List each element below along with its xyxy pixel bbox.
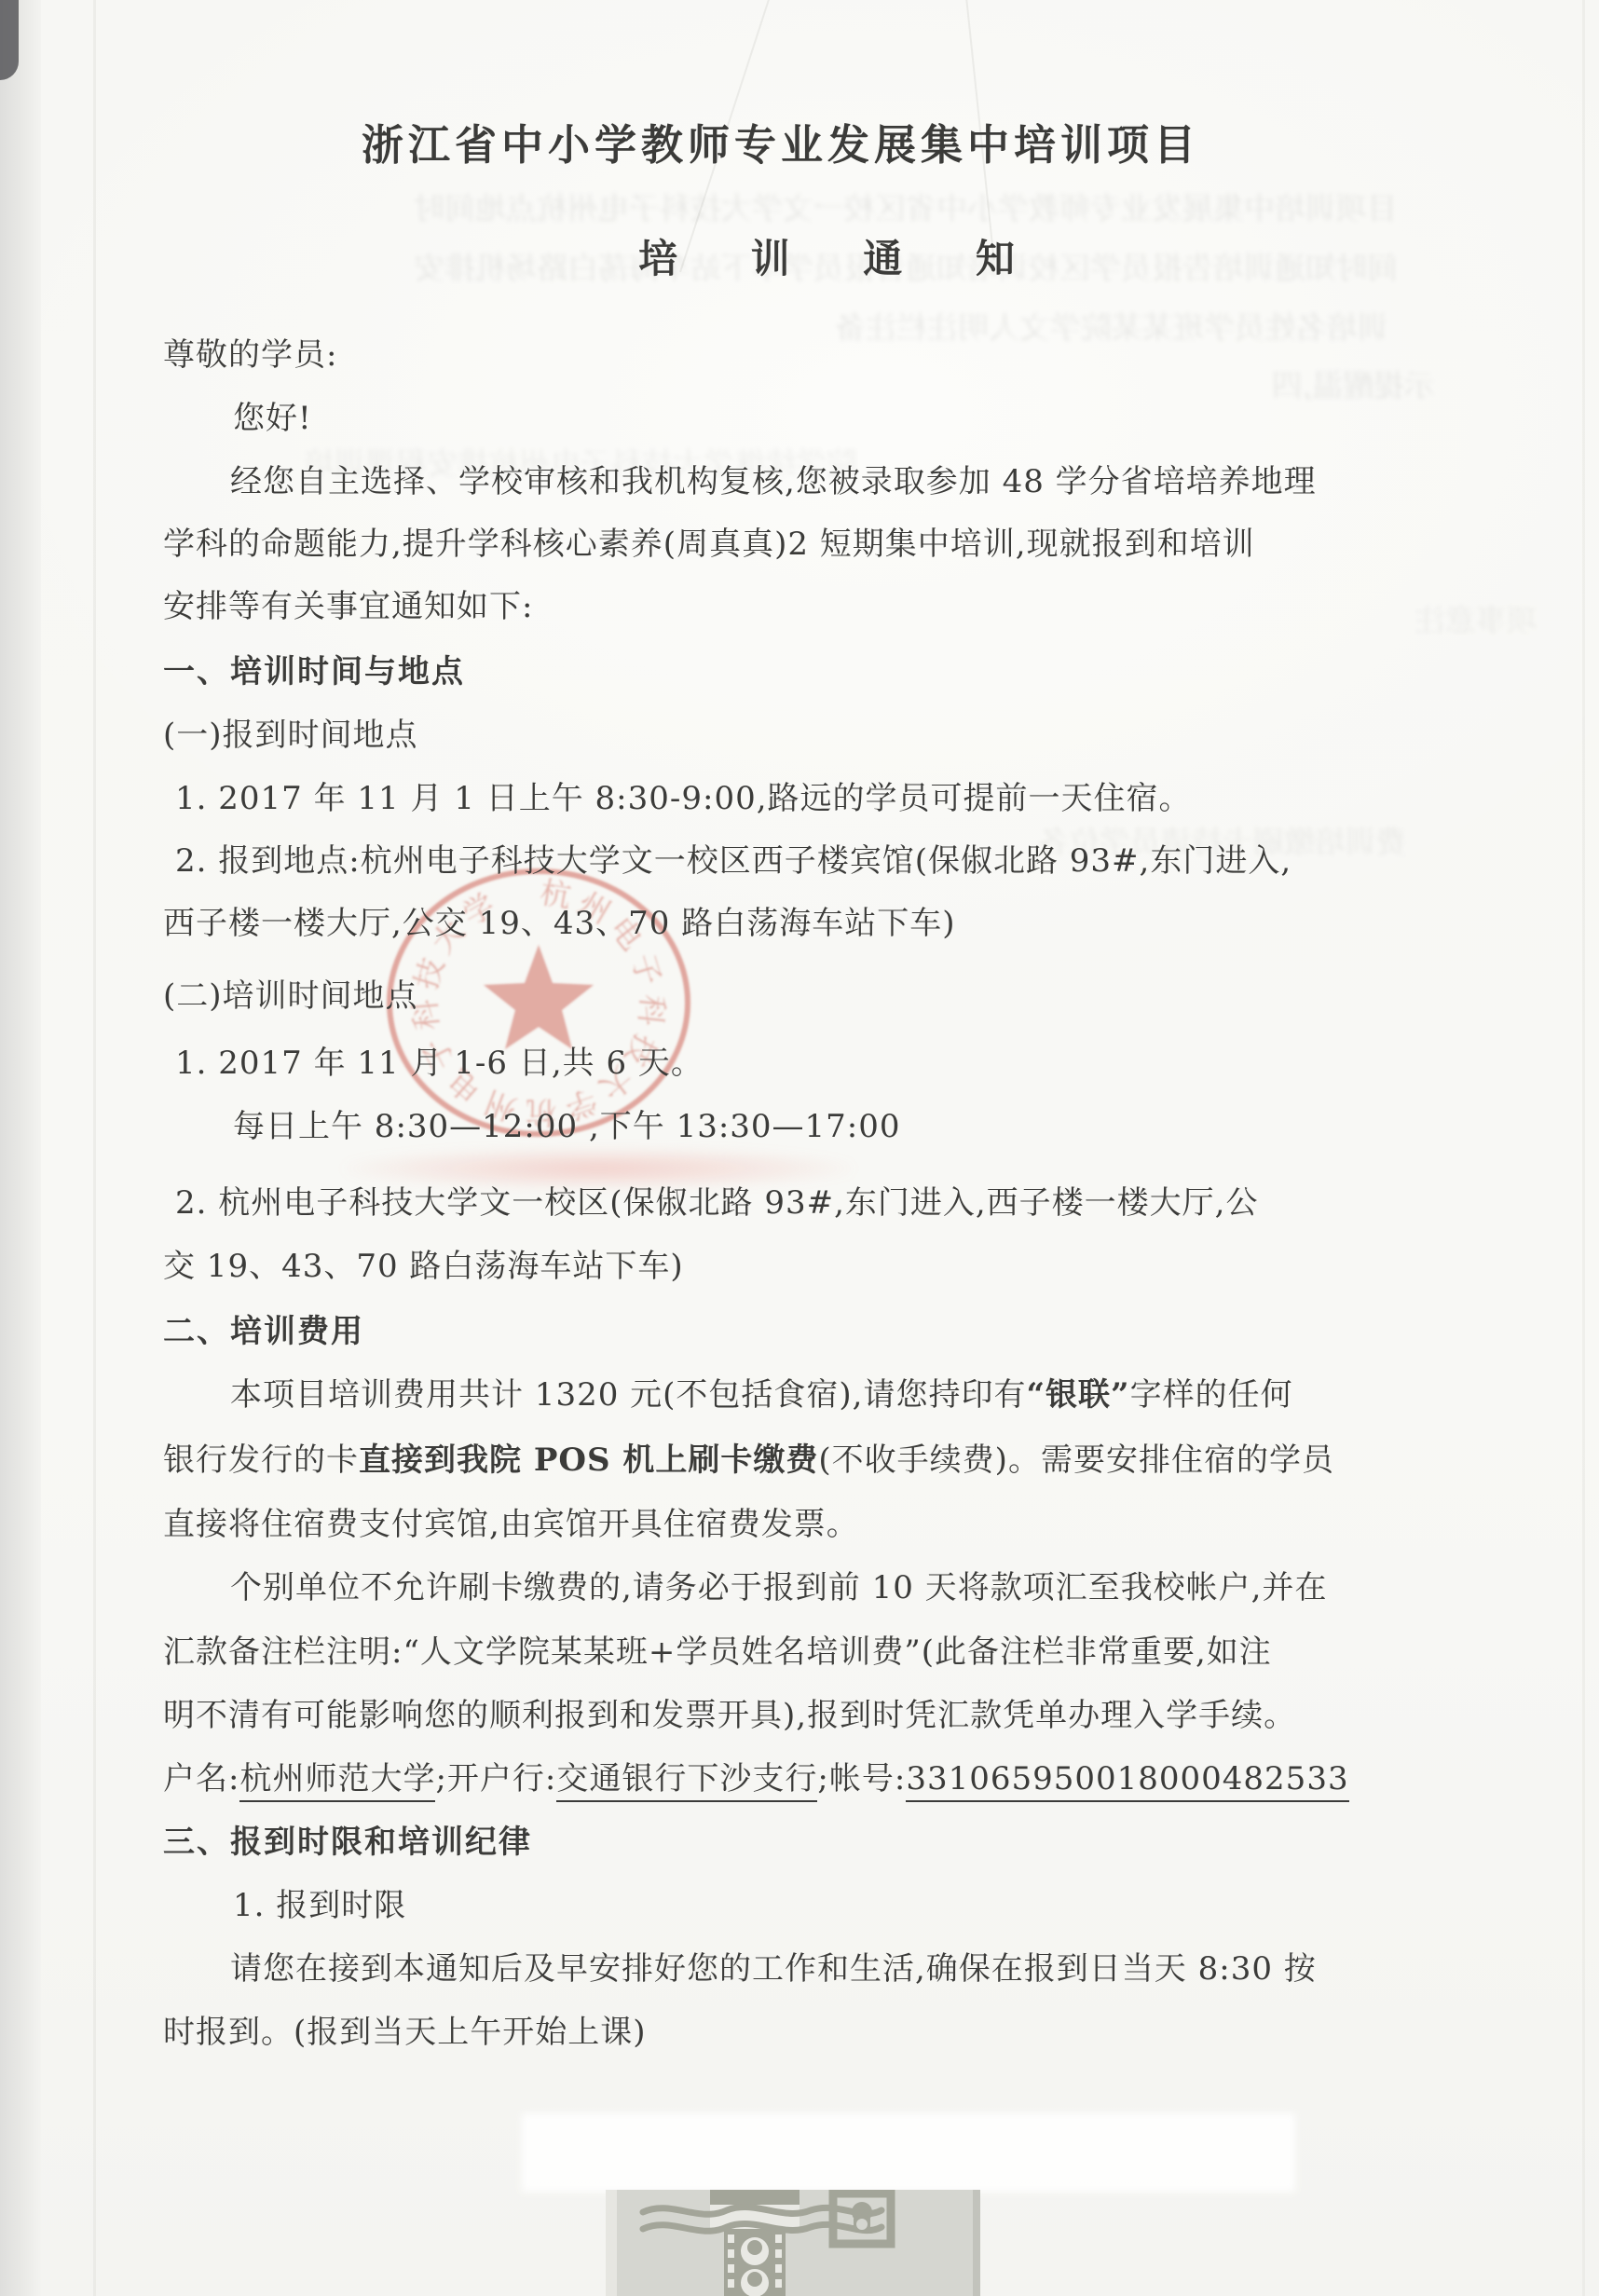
scan-placeholder-panel — [606, 2190, 980, 2296]
paper-crease — [93, 0, 96, 2296]
bank-branch-label: ;开户行: — [435, 1760, 556, 1797]
salutation: 尊敬的学员: — [163, 335, 337, 376]
fee-line-1-tail: 字样的任何 — [1130, 1376, 1293, 1414]
account-number-value: 331065950018000482533 — [906, 1760, 1348, 1802]
bank-branch-value: 交通银行下沙支行 — [556, 1760, 817, 1802]
section3-item1: 1. 报到时限 — [233, 1886, 406, 1926]
scanner-corner-shadow — [0, 0, 19, 80]
bank-account-line: 户名:杭州师范大学;开户行:交通银行下沙支行;帐号:33106595001800… — [163, 1759, 1349, 1799]
section1-item1: 1. 2017 年 11 月 1 日上午 8:30-9:00,路远的学员可提前一… — [175, 779, 1192, 819]
scanned-training-notice: 目项训培中集展发业专师教学小中省区校一文学大技科子电州杭点地间时 间时知通训培告… — [0, 0, 1599, 2296]
bleedthrough-text: 训培名姓员学班某某院学文人明注栏注备 — [792, 304, 1388, 348]
intro-line-1: 经您自主选择、学校审核和我机构复核,您被录取参加 48 学分省培培养地理 — [163, 462, 1317, 502]
unionpay-bold-text: “银联” — [1026, 1376, 1129, 1414]
star-icon — [484, 945, 594, 1049]
section1-item2-line2: 西子楼一楼大厅,公交 19、43、70 路白荡海车站下车) — [163, 904, 955, 944]
section1-item2-line1: 2. 报到地点:杭州电子科技大学文一校区西子楼宾馆(保俶北路 93#,东门进入, — [175, 841, 1291, 881]
paper-crease — [1582, 0, 1585, 2296]
intro-line-2: 学科的命题能力,提升学科核心素养(周真真)2 短期集中培训,现就报到和培训 — [163, 525, 1255, 565]
bleedthrough-text: 项事意注 — [1286, 596, 1537, 640]
remit-line-1: 个别单位不允许刷卡缴费的,请务必于报到前 10 天将款项汇至我校帐户,并在 — [163, 1568, 1328, 1608]
intro-line-3: 安排等有关事宜通知如下: — [163, 587, 533, 627]
section1-item4-line1: 2. 杭州电子科技大学文一校区(保俶北路 93#,东门进入,西子楼一楼大厅,公 — [175, 1183, 1259, 1223]
account-number-label: ;帐号: — [817, 1760, 906, 1797]
pos-payment-bold-text: 直接到我院 POS 机上刷卡缴费 — [359, 1442, 818, 1479]
section1-heading: 一、培训时间与地点 — [163, 652, 465, 692]
bleedthrough-text: 示提醒温,四 — [1062, 362, 1435, 405]
placeholder-graphics — [617, 2190, 973, 2296]
fee-line-1: 本项目培训费用共计 1320 元(不包括食宿),请您持印有“银联”字样的任何 — [163, 1375, 1293, 1415]
account-name-value: 杭州师范大学 — [239, 1760, 435, 1802]
doc-subtitle: 培 训 通 知 — [0, 235, 1599, 284]
greeting: 您好! — [233, 399, 312, 439]
section1-item4-line2: 交 19、43、70 路白荡海车站下车) — [163, 1247, 684, 1287]
doc-title: 浙江省中小学教师专业发展集中培训项目 — [0, 119, 1599, 171]
bleedthrough-text: 目项训培中集展发业专师教学小中省区校一文学大技科子电州杭点地间时 — [214, 184, 1398, 228]
scan-bright-band — [522, 2113, 1295, 2192]
section3-para-line2: 时报到。(报到当天上午开始上课) — [163, 2013, 647, 2053]
section3-heading: 三、报到时限和培训纪律 — [163, 1823, 532, 1863]
fee-line-1-text: 本项目培训费用共计 1320 元(不包括食宿),请您持印有 — [230, 1376, 1026, 1414]
section1-sub2-heading: (二)培训时间地点 — [163, 977, 418, 1017]
fee-line-2-tail: (不收手续费)。需要安排住宿的学员 — [818, 1442, 1334, 1479]
account-name-label: 户名: — [163, 1760, 239, 1797]
remit-line-3: 明不清有可能影响您的顺利报到和发票开具),报到时凭汇款凭单办理入学手续。 — [163, 1696, 1296, 1736]
section1-item3-schedule: 每日上午 8:30—12:00 ,下午 13:30—17:00 — [233, 1107, 901, 1147]
fee-line-2-text: 银行发行的卡 — [163, 1442, 359, 1479]
section3-para-line1: 请您在接到本通知后及早安排好您的工作和生活,确保在报到日当天 8:30 按 — [163, 1949, 1317, 1989]
section2-heading: 二、培训费用 — [163, 1312, 364, 1352]
remit-line-2: 汇款备注栏注明:“人文学院某某班+学员姓名培训费”(此备注栏非常重要,如注 — [163, 1633, 1272, 1673]
fee-line-2: 银行发行的卡直接到我院 POS 机上刷卡缴费(不收手续费)。需要安排住宿的学员 — [163, 1441, 1334, 1481]
section1-item3: 1. 2017 年 11 月 1-6 日,共 6 天。 — [175, 1044, 704, 1084]
fee-line-3: 直接将住宿费支付宾馆,由宾馆开具住宿费发票。 — [163, 1505, 859, 1545]
photo-icon — [833, 2193, 891, 2244]
scanner-bed-edge — [0, 0, 41, 2296]
section1-sub1-heading: (一)报到时间地点 — [163, 716, 418, 756]
